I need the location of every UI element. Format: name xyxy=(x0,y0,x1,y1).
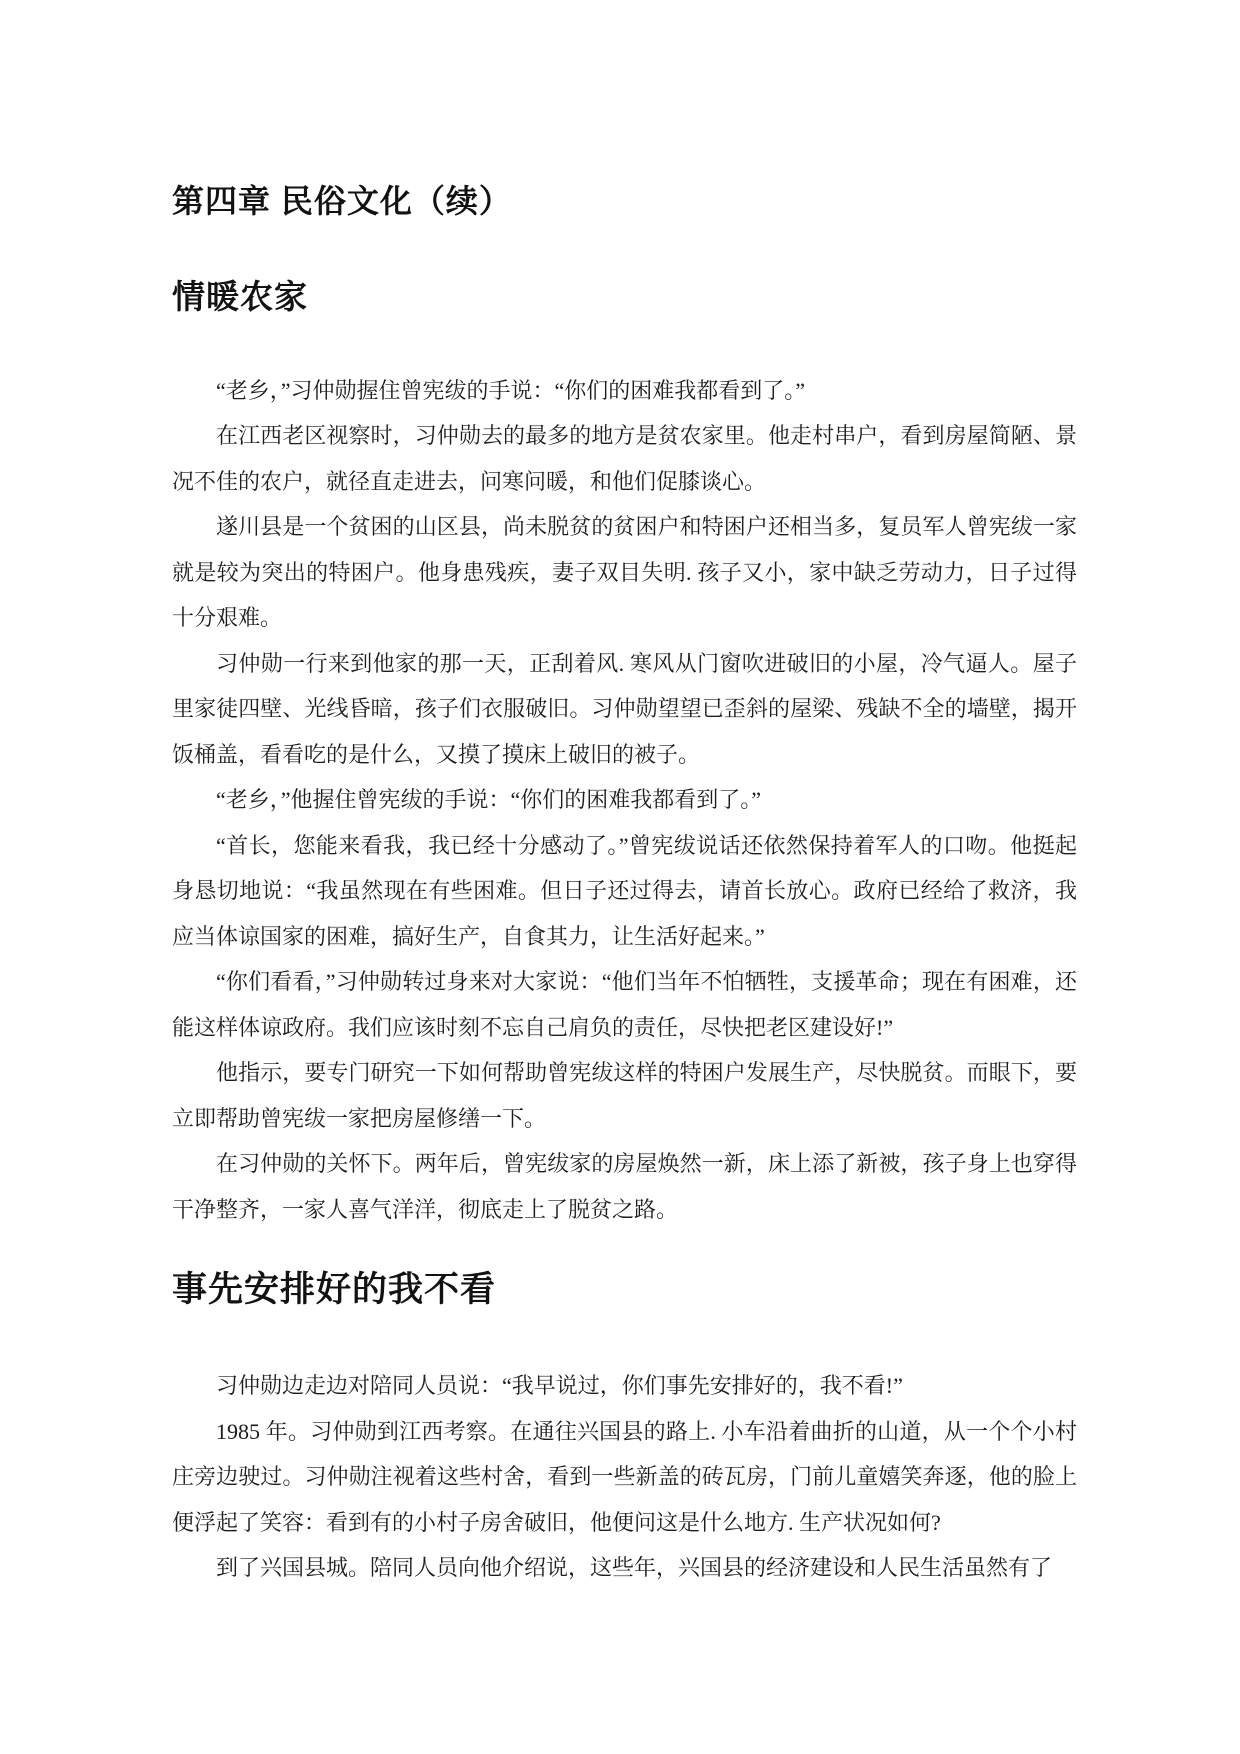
chapter-title: 第四章 民俗文化（续） xyxy=(172,0,1077,220)
section-body: 习仲勋边走边对陪同人员说：“我早说过，你们事先安排好的，我不看!” 1985 年… xyxy=(172,1363,1077,1591)
document-page: 第四章 民俗文化（续） 情暖农家 “老乡，”习仲勋握住曾宪绂的手说：“你们的困难… xyxy=(0,0,1240,1754)
section-body: “老乡，”习仲勋握住曾宪绂的手说：“你们的困难我都看到了。” 在江西老区视察时，… xyxy=(172,368,1077,1233)
paragraph: “首长，您能来看我，我已经十分感动了。”曾宪绂说话还依然保持着军人的口吻。他挺起… xyxy=(172,823,1077,960)
paragraph: “老乡，”习仲勋握住曾宪绂的手说：“你们的困难我都看到了。” xyxy=(172,368,1077,414)
paragraph: 到了兴国县城。陪同人员向他介绍说，这些年，兴国县的经济建设和人民生活虽然有了 xyxy=(172,1545,1077,1591)
paragraph: 1985 年。习仲勋到江西考察。在通往兴国县的路上. 小车沿着曲折的山道，从一个… xyxy=(172,1409,1077,1546)
section-shixian-anpai: 事先安排好的我不看 习仲勋边走边对陪同人员说：“我早说过，你们事先安排好的，我不… xyxy=(172,1270,1077,1591)
paragraph: “老乡，”他握住曾宪绂的手说：“你们的困难我都看到了。” xyxy=(172,777,1077,823)
paragraph: 遂川县是一个贫困的山区县，尚未脱贫的贫困户和特困户还相当多，复员军人曾宪绂一家就… xyxy=(172,504,1077,641)
paragraph: 习仲勋一行来到他家的那一天，正刮着风. 寒风从门窗吹进破旧的小屋，冷气逼人。屋子… xyxy=(172,641,1077,778)
section-qingnuan-nongjia: 情暖农家 “老乡，”习仲勋握住曾宪绂的手说：“你们的困难我都看到了。” 在江西老… xyxy=(172,278,1077,1232)
section-heading-qingnuan-nongjia: 情暖农家 xyxy=(172,278,1077,316)
paragraph: “你们看看，”习仲勋转过身来对大家说：“他们当年不怕牺牲，支援革命；现在有困难，… xyxy=(172,959,1077,1050)
page-content: 第四章 民俗文化（续） 情暖农家 “老乡，”习仲勋握住曾宪绂的手说：“你们的困难… xyxy=(0,0,1240,1591)
paragraph: 他指示，要专门研究一下如何帮助曾宪绂这样的特困户发展生产，尽快脱贫。而眼下，要立… xyxy=(172,1050,1077,1141)
paragraph: 习仲勋边走边对陪同人员说：“我早说过，你们事先安排好的，我不看!” xyxy=(172,1363,1077,1409)
paragraph: 在江西老区视察时，习仲勋去的最多的地方是贫农家里。他走村串户，看到房屋简陋、景况… xyxy=(172,413,1077,504)
paragraph: 在习仲勋的关怀下。两年后，曾宪绂家的房屋焕然一新，床上添了新被，孩子身上也穿得干… xyxy=(172,1141,1077,1232)
section-heading-shixian-anpai: 事先安排好的我不看 xyxy=(172,1270,1077,1310)
